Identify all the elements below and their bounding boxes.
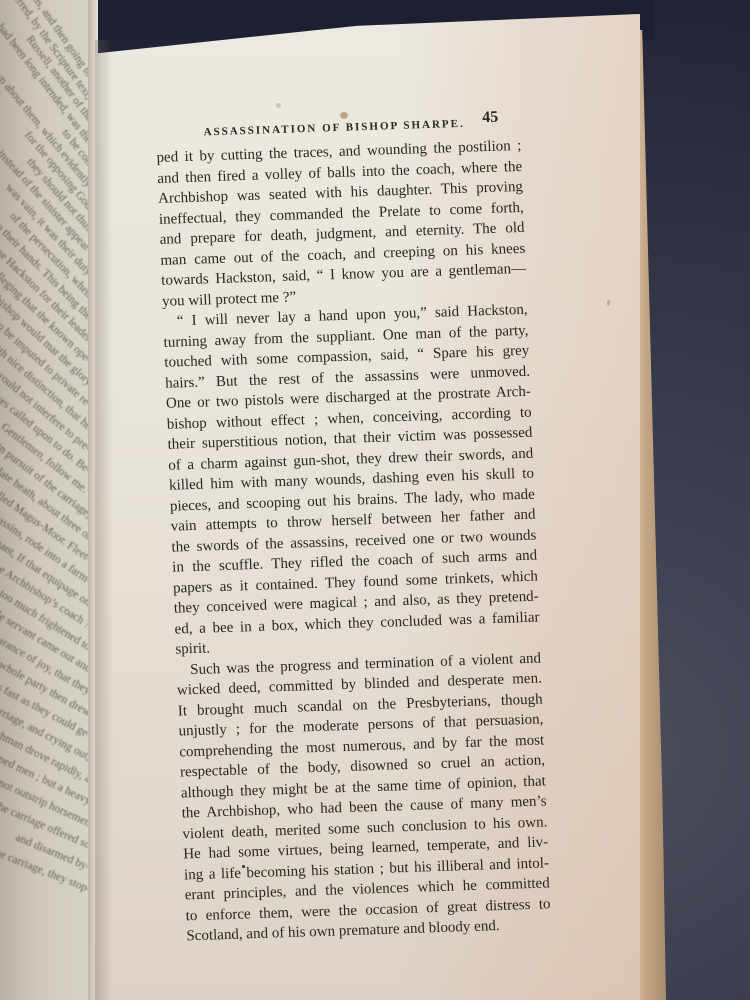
paragraph: “ I will never lay a hand upon you,” sai… [162, 300, 540, 660]
paragraph: Such was the progress and termination of… [176, 648, 552, 947]
facing-page-text: the Highlands, and then going toinferred… [0, 0, 96, 1000]
foxing-spot [607, 300, 610, 306]
foxing-spot [276, 103, 281, 108]
paragraph: ped it by cutting the traces, and woundi… [156, 136, 527, 312]
page-text-block: ASSASSINATION OF BISHOP SHARPE. 45 ped i… [155, 106, 552, 947]
facing-page: the Highlands, and then going toinferred… [0, 0, 96, 1000]
page-number: 45 [482, 109, 499, 128]
body-text: ped it by cutting the traces, and woundi… [156, 136, 551, 947]
gutter-shadow [95, 40, 113, 1000]
running-head-title: ASSASSINATION OF BISHOP SHARPE. [203, 118, 465, 139]
